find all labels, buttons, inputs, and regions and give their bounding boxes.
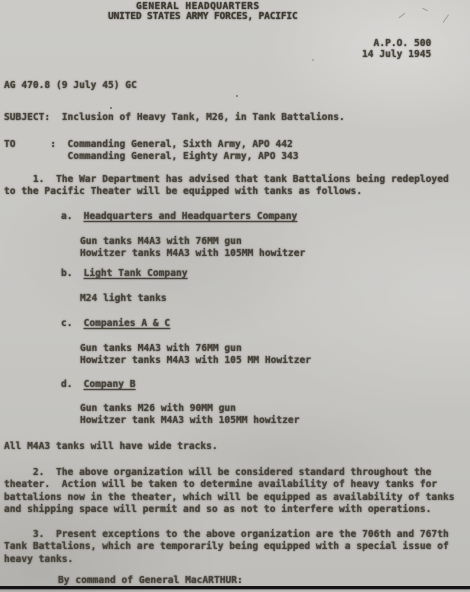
section-b-heading: b.Light Tank Company [61, 268, 188, 280]
paragraph-3: 3. Present exceptions to the above organ… [4, 529, 449, 566]
section-a-letter: a. [61, 211, 73, 222]
section-b-letter: b. [61, 268, 73, 279]
scanned-memo-page: GENERAL HEADQUARTERS UNITED STATES ARMY … [0, 0, 470, 592]
section-c-title: Companies A & C [84, 318, 171, 329]
paper-speck [236, 95, 238, 97]
section-d-heading: d.Company B [61, 379, 136, 391]
pencil-mark [398, 13, 405, 19]
note-line: All M4A3 tanks will have wide tracks. [4, 441, 218, 453]
paragraph-2: 2. The above organization will be consid… [4, 467, 455, 517]
section-c-heading: c.Companies A & C [61, 318, 170, 330]
section-b-detail: M24 light tanks [80, 293, 167, 305]
address-block: TO : Commanding General, Sixth Army, APO… [4, 139, 299, 164]
letterhead-line2: UNITED STATES ARMY FORCES, PACIFIC [108, 11, 298, 23]
section-b-title: Light Tank Company [84, 268, 188, 279]
pencil-mark [443, 14, 450, 23]
file-reference: AG 470.8 (9 July 45) GC [4, 80, 137, 92]
section-c-detail: Gun tanks M4A3 with 76MM gun Howitzer ta… [80, 343, 311, 368]
paper-speck [312, 59, 314, 61]
scan-edge-bar [0, 586, 470, 589]
section-d-title: Company B [84, 379, 136, 390]
subject-line: SUBJECT: Inclusion of Heavy Tank, M26, i… [4, 112, 345, 124]
section-c-letter: c. [61, 318, 73, 329]
section-d-letter: d. [61, 379, 73, 390]
section-d-detail: Gun tanks M26 with 90MM gun Howitzer tan… [80, 403, 300, 428]
paper-speck [110, 107, 112, 109]
apo-dateline: A.P.O. 500 14 July 1945 [362, 38, 431, 60]
pencil-mark [422, 8, 428, 12]
paragraph-1: 1. The War Department has advised that t… [4, 174, 449, 199]
section-a-detail: Gun tanks M4A3 with 76MM gun Howitzer ta… [80, 236, 305, 261]
section-a-title: Headquarters and Headquarters Company [84, 211, 298, 222]
section-a-heading: a.Headquarters and Headquarters Company [61, 211, 297, 223]
